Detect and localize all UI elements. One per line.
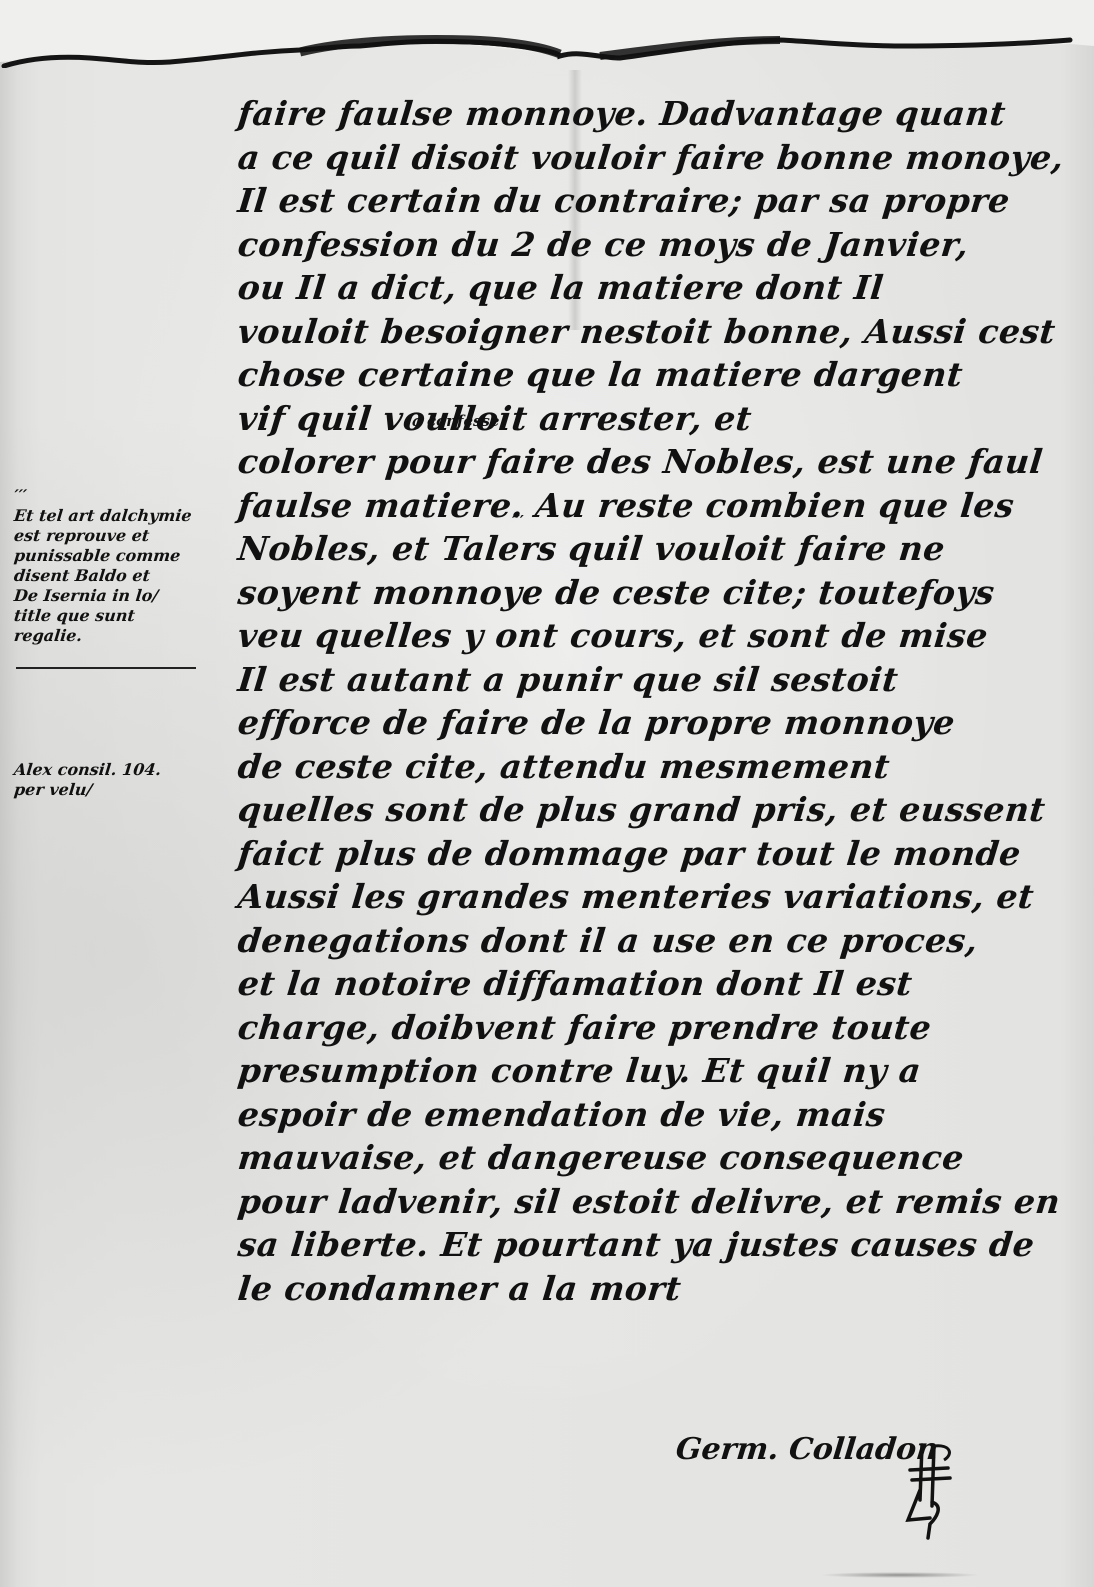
- text-line: colorer pour faire des Nobles, est une f…: [236, 440, 1061, 484]
- insertion-mark: ′′′: [512, 512, 524, 530]
- signature-paraph-icon: [900, 1440, 960, 1540]
- text-line: de ceste cite, attendu mesmement: [236, 745, 1061, 789]
- margin-line: Alex consil. 104.: [13, 760, 235, 780]
- margin-line: ′′′: [13, 486, 235, 506]
- text-line: a ce quil disoit vouloir faire bonne mon…: [236, 136, 1061, 180]
- text-line: Aussi les grandes menteries variations, …: [236, 875, 1061, 919]
- interlinear-insertion: a confesse: [412, 412, 499, 430]
- margin-line: Et tel art dalchymie: [13, 506, 235, 526]
- text-line: et la notoire diffamation dont Il est: [236, 962, 1061, 1006]
- text-line: faire faulse monnoye. Dadvantage quant: [236, 92, 1061, 136]
- text-line: espoir de emendation de vie, mais: [236, 1093, 1061, 1137]
- text-line: ou Il a dict, que la matiere dont Il: [236, 266, 1061, 310]
- margin-line: disent Baldo et: [13, 566, 235, 586]
- text-line: presumption contre luy. Et quil ny a: [236, 1049, 1061, 1093]
- manuscript-page: faire faulse monnoye. Dadvantage quant a…: [0, 0, 1094, 1587]
- main-text-body: faire faulse monnoye. Dadvantage quant a…: [238, 92, 1058, 1310]
- text-line: Il est certain du contraire; par sa prop…: [236, 179, 1061, 223]
- margin-line: regalie.: [13, 626, 235, 646]
- text-line: soyent monnoye de ceste cite; toutefoys: [236, 571, 1061, 615]
- margin-line: punissable comme: [13, 546, 235, 566]
- text-line: Il est autant a punir que sil sestoit: [236, 658, 1061, 702]
- text-line: pour ladvenir, sil estoit delivre, et re…: [236, 1180, 1061, 1224]
- text-line: Nobles, et Talers quil vouloit faire ne: [236, 527, 1061, 571]
- margin-underline-rule: [16, 667, 196, 669]
- margin-note-citation: Alex consil. 104. per velu/: [14, 760, 234, 800]
- text-line: quelles sont de plus grand pris, et euss…: [236, 788, 1061, 832]
- text-line: charge, doibvent faire prendre toute: [236, 1006, 1061, 1050]
- text-line: vif quil voulloit arrester, et: [236, 397, 1061, 441]
- text-line: vouloit besoigner nestoit bonne, Aussi c…: [236, 310, 1061, 354]
- text-line: efforce de faire de la propre monnoye: [236, 701, 1061, 745]
- text-line: faict plus de dommage par tout le monde: [236, 832, 1061, 876]
- text-line: faulse matiere. Au reste combien que les: [236, 484, 1061, 528]
- torn-top-edge: [0, 0, 1094, 68]
- margin-line: De Isernia in lo/: [13, 586, 235, 606]
- ink-smudge: [820, 1572, 980, 1578]
- text-line: confession du 2 de ce moys de Janvier,: [236, 223, 1061, 267]
- text-line: chose certaine que la matiere dargent: [236, 353, 1061, 397]
- text-line: mauvaise, et dangereuse consequence: [236, 1136, 1061, 1180]
- text-line: denegations dont il a use en ce proces,: [236, 919, 1061, 963]
- margin-line: per velu/: [13, 780, 235, 800]
- text-line: veu quelles y ont cours, et sont de mise: [236, 614, 1061, 658]
- text-line: sa liberte. Et pourtant ya justes causes…: [236, 1223, 1061, 1267]
- text-line: le condamner a la mort: [236, 1267, 1061, 1311]
- margin-line: title que sunt: [13, 606, 235, 626]
- margin-line: est reprouve et: [13, 526, 235, 546]
- margin-note-alchemy: ′′′ Et tel art dalchymie est reprouve et…: [14, 486, 234, 646]
